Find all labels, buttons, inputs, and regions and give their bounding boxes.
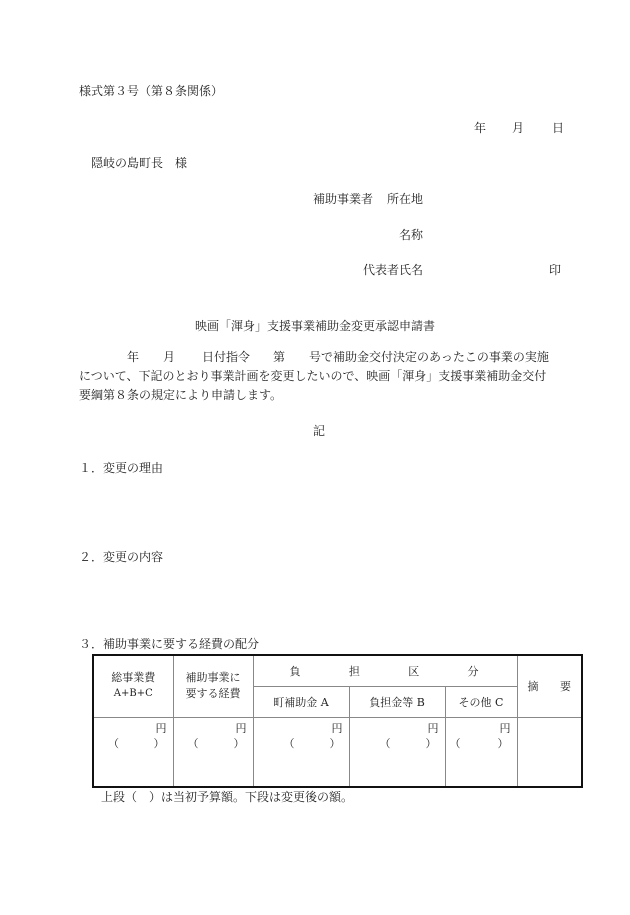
section-1: １．変更の理由 — [79, 461, 163, 475]
header-town-subsidy: 町補助金 A — [253, 686, 349, 717]
document-title: 映画「渾身」支援事業補助金変更承認申請書 — [195, 319, 435, 333]
date-day: 日 — [552, 121, 564, 135]
date-month: 月 — [512, 121, 524, 135]
section-3: ３．補助事業に要する経費の配分 — [79, 637, 259, 651]
addressee: 隠岐の島町長 様 — [91, 156, 187, 170]
body-paragraph: 年 月 日付指令 第 号で補助金交付決定のあったこの事業の実施 について、下記の… — [79, 348, 569, 405]
seal-mark: 印 — [549, 263, 561, 277]
cell-contribution[interactable]: 円 （ ） — [349, 717, 445, 787]
address-label: 所在地 — [387, 192, 423, 206]
cell-remarks[interactable] — [517, 717, 582, 787]
cell-total-cost[interactable]: 円 （ ） — [93, 717, 173, 787]
table-note: 上段（ ）は当初予算額。下段は変更後の額。 — [101, 790, 353, 804]
representative-label: 代表者氏名 — [363, 263, 423, 277]
name-label: 名称 — [399, 228, 423, 242]
header-burden-category: 負 担 区 分 — [253, 655, 517, 686]
header-other: その他 C — [445, 686, 517, 717]
header-contribution: 負担金等 B — [349, 686, 445, 717]
cell-required-cost[interactable]: 円 （ ） — [173, 717, 253, 787]
form-number: 様式第３号（第８条関係） — [79, 84, 223, 98]
cost-allocation-table: 総事業費 A+B+C 補助事業に 要する経費 負 担 区 分 摘 要 町補助金 … — [92, 654, 583, 788]
header-total-cost: 総事業費 A+B+C — [93, 655, 173, 717]
ki-heading: 記 — [313, 424, 325, 438]
body-line-2: について、下記のとおり事業計画を変更したいので、映画「渾身」支援事業補助金交付 — [79, 367, 569, 386]
section-2: ２．変更の内容 — [79, 550, 163, 564]
date-line: 年 月 日 — [474, 121, 486, 135]
applicant-label: 補助事業者 — [313, 192, 373, 206]
cell-other[interactable]: 円 （ ） — [445, 717, 517, 787]
header-remarks: 摘 要 — [517, 655, 582, 717]
date-year: 年 — [474, 121, 486, 135]
body-line-3: 要綱第８条の規定により申請します。 — [79, 386, 569, 405]
cell-town-subsidy[interactable]: 円 （ ） — [253, 717, 349, 787]
body-line-1: 年 月 日付指令 第 号で補助金交付決定のあったこの事業の実施 — [79, 348, 569, 367]
header-required-cost: 補助事業に 要する経費 — [173, 655, 253, 717]
